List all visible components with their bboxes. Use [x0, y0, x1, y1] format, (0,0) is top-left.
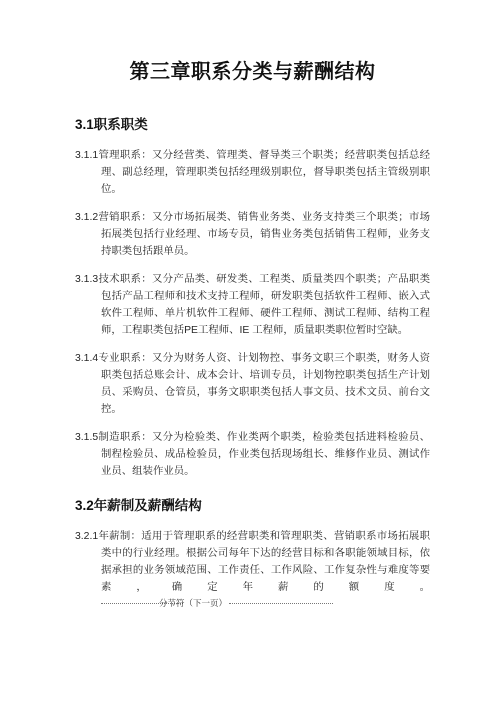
section-heading-3-2: 3.2年薪制及薪酬结构: [75, 497, 430, 514]
paragraph-text: 年薪制：适用于管理职系的经营职类和管理职类、营销职系市场拓展职类中的行业经理。根…: [98, 531, 430, 593]
document-page: 第三章职系分类与薪酬结构 3.1职系职类 3.1.1管理职系：又分经营类、管理类…: [0, 0, 500, 706]
paragraph-text: 管理职系：又分经营类、管理类、督导类三个职类；经营职类包括总经理、副总经理，管理…: [98, 150, 430, 195]
section-heading-3-1: 3.1职系职类: [75, 116, 430, 133]
paragraph-text: 专业职系：又分为财务人资、计划物控、事务文职三个职类，财务人资职类包括总账会计、…: [98, 353, 430, 415]
paragraph-3-1-2: 3.1.2营销职系：又分市场拓展类、销售业务类、业务支持类三个职类；市场拓展类包…: [75, 209, 430, 260]
section-break-dots-right-icon: [229, 603, 333, 604]
section-break-label: 分节符（下一页）: [185, 598, 227, 608]
paragraph-number: 3.1.1: [75, 150, 98, 161]
paragraph-3-1-4: 3.1.4专业职系：又分为财务人资、计划物控、事务文职三个职类，财务人资职类包括…: [75, 350, 430, 418]
paragraph-text: 营销职系：又分市场拓展类、销售业务类、业务支持类三个职类；市场拓展类包括行业经理…: [98, 212, 430, 257]
paragraph-3-1-1: 3.1.1管理职系：又分经营类、管理类、督导类三个职类；经营职类包括总经理、副总…: [75, 147, 430, 198]
paragraph-3-1-3: 3.1.3技术职系：又分产品类、研发类、工程类、质量类四个职类；产品职类包括产品…: [75, 271, 430, 339]
section-break-marker: 分节符（下一页）: [101, 599, 333, 610]
paragraph-3-1-5: 3.1.5制造职系：又分为检验类、作业类两个职类，检验类包括进料检验员、制程检验…: [75, 429, 430, 480]
paragraph-number: 3.1.5: [75, 432, 98, 443]
paragraph-text: 制造职系：又分为检验类、作业类两个职类，检验类包括进料检验员、制程检验员、成品检…: [98, 432, 430, 477]
paragraph-number: 3.1.3: [75, 274, 98, 285]
paragraph-3-2-1: 3.2.1年薪制：适用于管理职系的经营职类和管理职类、营销职系市场拓展职类中的行…: [75, 528, 430, 613]
paragraph-number: 3.1.4: [75, 353, 98, 364]
chapter-title: 第三章职系分类与薪酬结构: [75, 58, 430, 86]
paragraph-number: 3.1.2: [75, 212, 98, 223]
paragraph-text: 技术职系：又分产品类、研发类、工程类、质量类四个职类；产品职类包括产品工程师和技…: [98, 274, 430, 336]
paragraph-number: 3.2.1: [75, 531, 98, 542]
